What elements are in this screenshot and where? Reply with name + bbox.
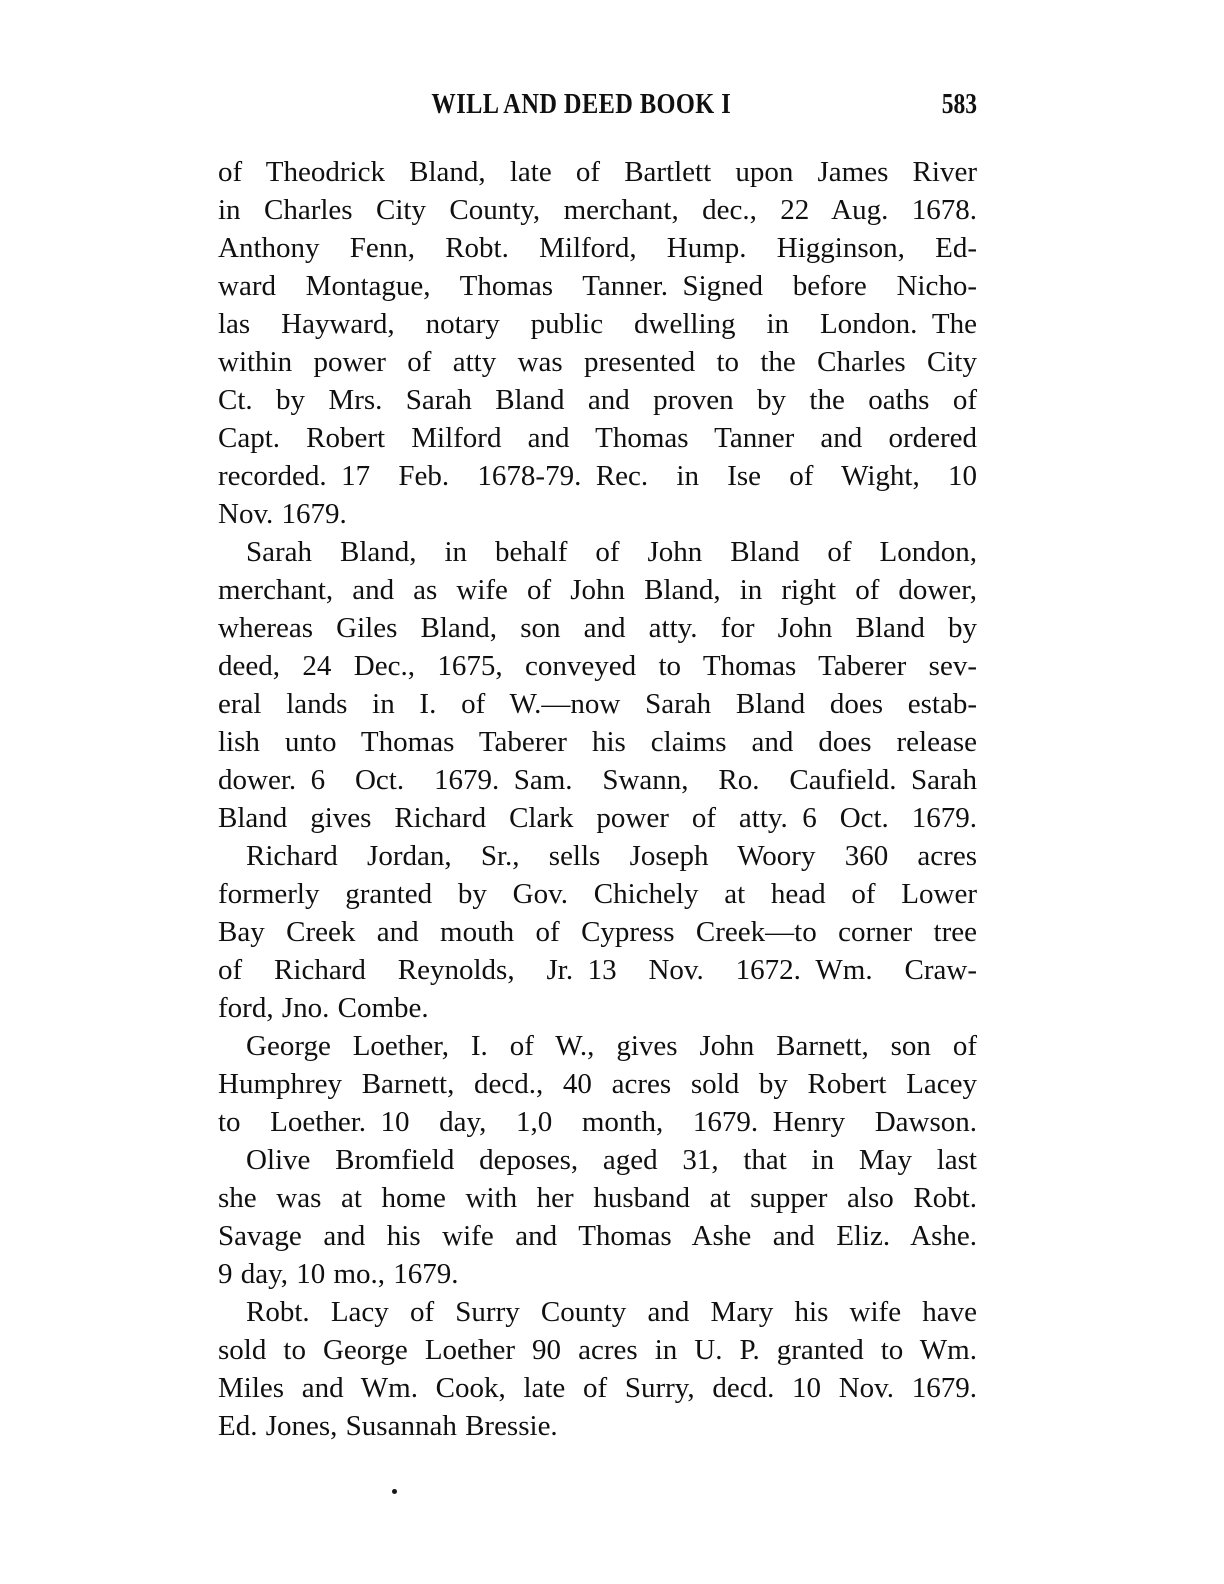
page-body: of Theodrick Bland, late of Bartlett upo… <box>218 153 977 1445</box>
text-line: Ct. by Mrs. Sarah Bland and proven by th… <box>218 381 977 419</box>
text-line: whereas Giles Bland, son and atty. for J… <box>218 609 977 647</box>
text-line: formerly granted by Gov. Chichely at hea… <box>218 875 977 913</box>
page-number: 583 <box>942 86 977 124</box>
text-line: ward Montague, Thomas Tanner. Signed bef… <box>218 267 977 305</box>
text-line: Savage and his wife and Thomas Ashe and … <box>218 1217 977 1255</box>
text-line: Anthony Fenn, Robt. Milford, Hump. Higgi… <box>218 229 977 267</box>
text-line: Miles and Wm. Cook, late of Surry, decd.… <box>218 1369 977 1407</box>
text-line: recorded. 17 Feb. 1678-79. Rec. in Ise o… <box>218 457 977 495</box>
book-title: WILL AND DEED BOOK I <box>431 86 731 124</box>
ink-dot-artifact <box>392 1489 397 1494</box>
text-line: Humphrey Barnett, decd., 40 acres sold b… <box>218 1065 977 1103</box>
text-line: Robt. Lacy of Surry County and Mary his … <box>218 1293 977 1331</box>
text-line: merchant, and as wife of John Bland, in … <box>218 571 977 609</box>
text-line: dower. 6 Oct. 1679. Sam. Swann, Ro. Cauf… <box>218 761 977 799</box>
text-line: of Richard Reynolds, Jr. 13 Nov. 1672. W… <box>218 951 977 989</box>
scanned-book-page: WILL AND DEED BOOK I 583 of Theodrick Bl… <box>0 0 1224 1584</box>
text-line: Bland gives Richard Clark power of atty.… <box>218 799 977 837</box>
text-line: Ed. Jones, Susannah Bressie. <box>218 1407 977 1445</box>
text-line: Capt. Robert Milford and Thomas Tanner a… <box>218 419 977 457</box>
text-line: deed, 24 Dec., 1675, conveyed to Thomas … <box>218 647 977 685</box>
text-line: Olive Bromfield deposes, aged 31, that i… <box>218 1141 977 1179</box>
text-line: of Theodrick Bland, late of Bartlett upo… <box>218 153 977 191</box>
text-line: Sarah Bland, in behalf of John Bland of … <box>218 533 977 571</box>
text-line: Richard Jordan, Sr., sells Joseph Woory … <box>218 837 977 875</box>
text-line: within power of atty was presented to th… <box>218 343 977 381</box>
running-head-title-wrap: WILL AND DEED BOOK I <box>218 86 977 124</box>
text-line: eral lands in I. of W.—now Sarah Bland d… <box>218 685 977 723</box>
text-line: las Hayward, notary public dwelling in L… <box>218 305 977 343</box>
text-line: to Loether. 10 day, 1,0 month, 1679. Hen… <box>218 1103 977 1141</box>
text-line: in Charles City County, merchant, dec., … <box>218 191 977 229</box>
text-line: lish unto Thomas Taberer his claims and … <box>218 723 977 761</box>
text-line: ford, Jno. Combe. <box>218 989 977 1027</box>
text-line: sold to George Loether 90 acres in U. P.… <box>218 1331 977 1369</box>
text-line: 9 day, 10 mo., 1679. <box>218 1255 977 1293</box>
text-line: George Loether, I. of W., gives John Bar… <box>218 1027 977 1065</box>
text-line: she was at home with her husband at supp… <box>218 1179 977 1217</box>
text-line: Bay Creek and mouth of Cypress Creek—to … <box>218 913 977 951</box>
running-head: WILL AND DEED BOOK I 583 <box>218 86 977 126</box>
text-line: Nov. 1679. <box>218 495 977 533</box>
